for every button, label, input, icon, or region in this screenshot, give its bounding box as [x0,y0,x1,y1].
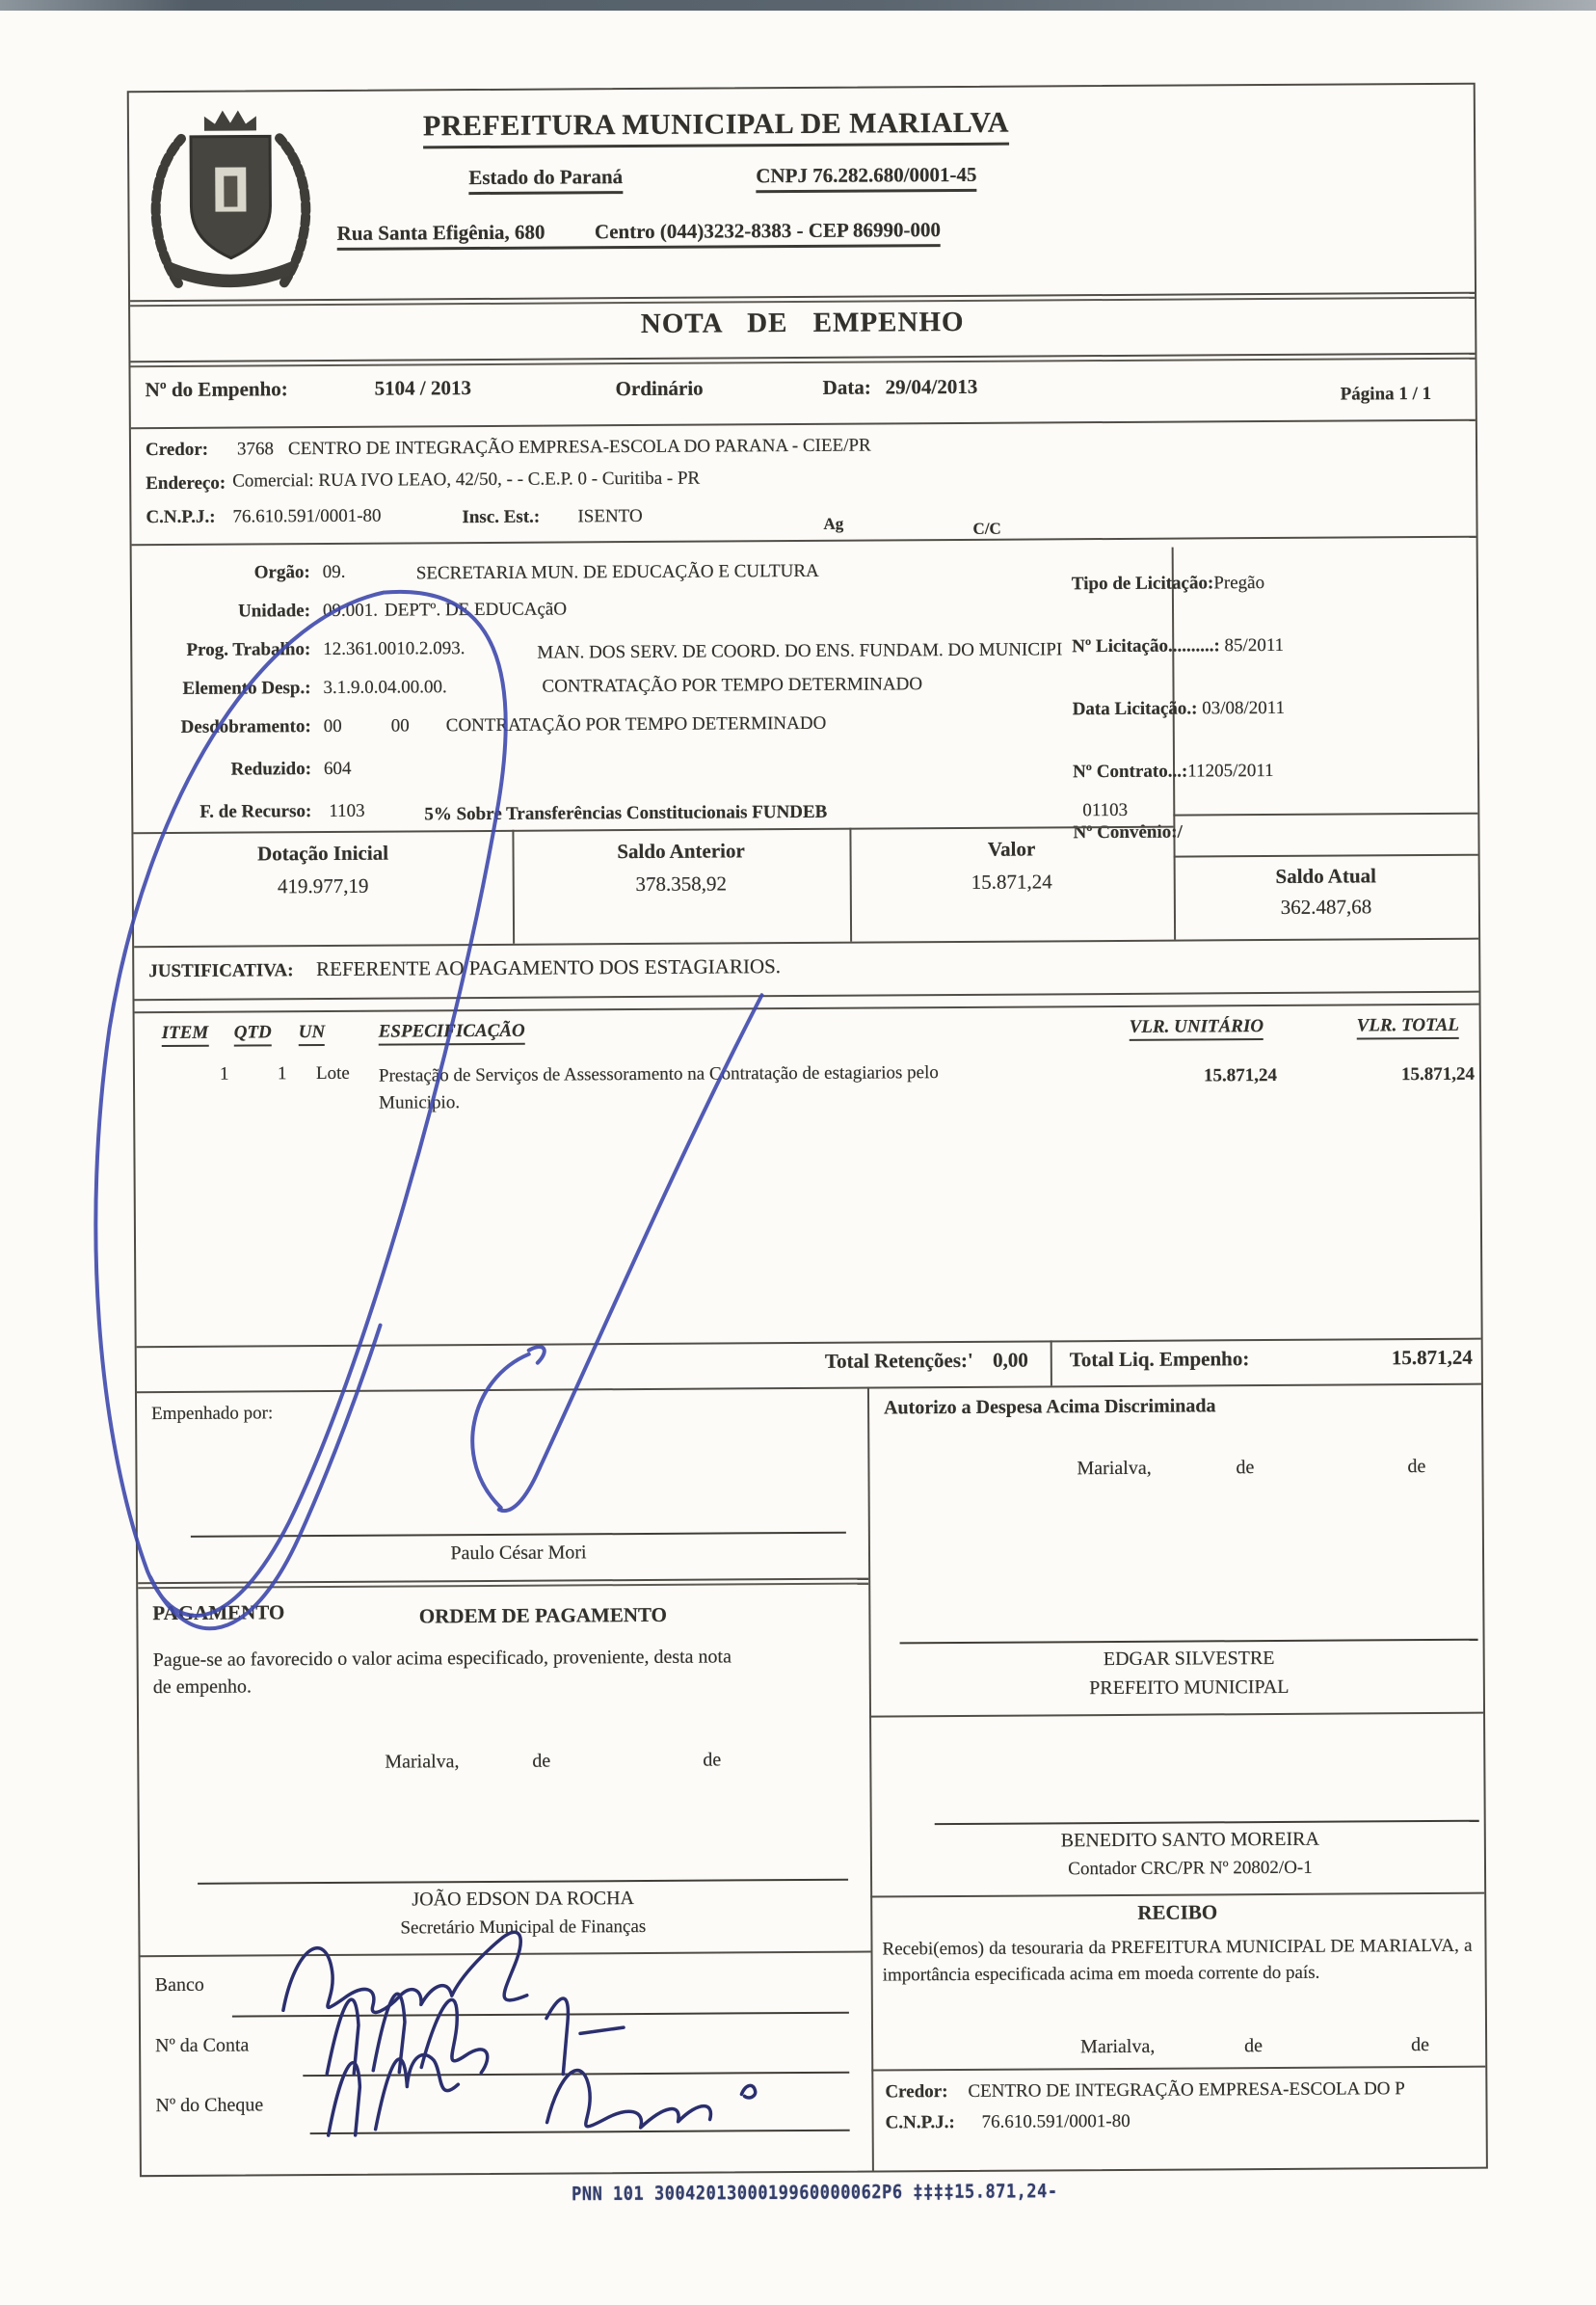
pagamento-text: Pague-se ao favorecido o valor acima esp… [153,1643,751,1701]
col-header-un: UN [299,1022,326,1046]
item-num: 1 [220,1064,229,1085]
prog-trabalho-desc: MAN. DOS SERV. DE COORD. DO ENS. FUNDAM.… [537,639,1062,663]
reduzido-label: Reduzido: [133,759,311,781]
saldo-atual-label: Saldo Atual [1174,864,1478,890]
address-district: Centro (044)3232-8383 - CEP 86990-000 [595,218,941,243]
divider [137,1338,1481,1349]
empenho-number: 5104 / 2013 [375,376,471,401]
endereco-label: Endereço: [146,473,226,496]
divider [135,1004,1479,1014]
signature-line [935,1820,1479,1825]
cnpj-label: C.N.P.J.: [146,507,215,528]
total-retencoes-value: 0,00 [932,1349,1028,1374]
data-licitacao-label: Data Licitação.: [1073,698,1198,719]
empenho-label: Nº do Empenho: [146,377,288,402]
insc-value: ISENTO [577,506,642,527]
recibo-cnpj-label: C.N.P.J.: [886,2112,955,2133]
unidade-code: 09.001. [323,601,378,622]
header-cnpj: CNPJ 76.282.680/0001-45 [756,163,976,193]
signature-line [198,1879,848,1885]
num-contrato-value: 11205/2011 [1187,761,1274,782]
valor-value: 15.871,24 [850,870,1174,896]
ordem-pagamento-title: ORDEM DE PAGAMENTO [379,1603,706,1629]
justificativa-row: JUSTIFICATIVA: REFERENTE AO PAGAMENTO DO… [148,954,781,982]
recibo-credor-label: Credor: [885,2081,947,2103]
address-line: Rua Santa Efigênia, 680 Centro (044)3232… [337,218,941,251]
contador-name: BENEDITO SANTO MOREIRA [901,1828,1479,1854]
total-retencoes-label: Total Retenções:' [684,1349,973,1375]
col-header-vlr-unitario: VLR. UNITÁRIO [1130,1016,1264,1041]
saldo-atual-value: 362.487,68 [1174,895,1478,921]
tipo-licitacao-label: Tipo de Licitação: [1072,573,1214,594]
num-licitacao-value: 85/2011 [1224,635,1284,656]
divider [137,1383,1481,1394]
num-contrato-label: Nº Contrato...: [1073,762,1187,783]
total-liq-value: 15.871,24 [1328,1346,1473,1371]
prog-trabalho-label: Prog. Trabalho: [132,639,310,661]
conta-fill-line [303,2072,849,2077]
banco-label: Banco [155,1974,204,1997]
cheque-label: Nº do Cheque [155,2094,263,2117]
recibo-credor-value: CENTRO DE INTEGRAÇÃO EMPRESA-ESCOLA DO P [968,2078,1405,2103]
recibo-title: RECIBO [870,1899,1484,1927]
autorizo-date-de2: de [1407,1456,1425,1478]
reduzido-code: 604 [324,759,352,780]
item-qtd: 1 [278,1063,287,1085]
prefeito-name: EDGAR SILVESTRE [900,1647,1478,1673]
justificativa-text: REFERENTE AO PAGAMENTO DOS ESTAGIARIOS. [316,954,781,980]
prefeito-role: PREFEITO MUNICIPAL [900,1675,1478,1702]
col-header-especificacao: ESPECIFICAÇÃO [379,1021,525,1046]
col-header-vlr-total: VLR. TOTAL [1357,1015,1459,1040]
document-sheet: PREFEITURA MUNICIPAL DE MARIALVA Estado … [0,0,1596,2305]
conta-label: Nº da Conta [155,2035,249,2058]
divider [133,826,1173,835]
tipo-licitacao-value: Pregão [1213,573,1264,593]
insc-label: Insc. Est.: [462,507,540,528]
divider [132,536,1476,547]
recibo-date-de1: de [1244,2035,1263,2057]
divider [869,1712,1483,1718]
fonte-recurso-code: 1103 [329,801,364,822]
unidade-desc: DEPTº. DE EDUCAçãO [385,599,567,621]
data-licitacao-value: 03/08/2011 [1202,698,1285,719]
divider [131,419,1476,430]
total-liq-label: Total Liq. Empenho: [1070,1347,1250,1372]
elemento-label: Elemento Desp.: [132,678,310,700]
num-licitacao: Nº Licitação..........: 85/2011 [1072,635,1284,657]
recibo-date-place: Marialva, [1080,2036,1155,2058]
scanned-page: PREFEITURA MUNICIPAL DE MARIALVA Estado … [0,0,1596,2305]
empenho-type: Ordinário [616,377,704,402]
cheque-fill-line [310,2130,850,2134]
credor-code: 3768 [237,439,274,460]
org-name: PREFEITURA MUNICIPAL DE MARIALVA [423,107,1009,149]
empenho-date-label: Data: [823,376,871,400]
contador-role: Contador CRC/PR Nº 20802/O-1 [901,1857,1479,1882]
cnpj-value: 76.610.591/0001-80 [232,506,381,528]
document-frame: PREFEITURA MUNICIPAL DE MARIALVA Estado … [127,83,1488,2178]
orgao-code: 09. [323,562,346,583]
item-vlr-total: 15.871,24 [1330,1064,1475,1086]
desdobramento-code2: 00 [391,715,410,737]
data-licitacao: Data Licitação.: 03/08/2011 [1073,698,1286,720]
divider [867,1387,874,2171]
saldo-anterior-value: 378.358,92 [513,871,850,898]
divider [134,938,1478,949]
elemento-code: 3.1.9.0.04.00.00. [323,677,446,699]
divider [141,1951,871,1958]
endereco-value: Comercial: RUA IVO LEAO, 42/50, - - C.E.… [232,469,700,493]
empenhado-por-label: Empenhado por: [151,1403,273,1425]
fonte-recurso-desc: 5% Sobre Transferências Constitucionais … [424,802,827,826]
divider [130,353,1475,368]
secretario-role: Secretário Municipal de Finanças [198,1916,848,1941]
pagamento-date-de1: de [532,1751,550,1773]
recibo-date-de2: de [1411,2034,1429,2056]
signature-line [191,1532,846,1538]
divider [1174,854,1478,858]
num-contrato: Nº Contrato...:11205/2011 [1073,761,1274,783]
fonte-recurso-extra: 01103 [1082,800,1128,821]
cc-label: C/C [972,520,1000,539]
tipo-licitacao: Tipo de Licitação:Pregão [1072,573,1264,595]
doc-title: NOTA DE EMPENHO [130,304,1475,344]
page-indicator: Página 1 / 1 [1341,384,1432,406]
banco-fill-line [232,2012,849,2018]
desdobramento-label: Desdobramento: [133,716,311,738]
autorizo-date-place: Marialva, [1077,1458,1151,1480]
secretario-name: JOÃO EDSON DA ROCHA [198,1887,848,1913]
col-header-qtd: QTD [234,1022,272,1046]
credor-name: CENTRO DE INTEGRAÇÃO EMPRESA-ESCOLA DO P… [288,436,871,461]
divider [134,991,1478,1002]
orgao-label: Orgão: [132,562,310,584]
empenho-date: 29/04/2013 [886,375,978,400]
empenhado-signer-name: Paulo César Mori [191,1541,846,1567]
divider [1173,813,1477,817]
dotacao-inicial-value: 419.977,19 [134,873,513,899]
orgao-desc: SECRETARIA MUN. DE EDUCAÇÃO E CULTURA [416,561,819,585]
divider [138,1578,868,1590]
desdobramento-code: 00 [324,716,342,737]
item-un: Lote [316,1063,350,1085]
unidade-label: Unidade: [132,601,310,623]
num-licitacao-label: Nº Licitação..........: [1072,635,1220,657]
autorizo-text: Autorizo a Despesa Acima Discriminada [884,1395,1216,1419]
prog-trabalho-code: 12.361.0010.2.093. [323,638,465,660]
autorizo-date-de1: de [1236,1457,1254,1479]
recibo-cnpj-value: 76.610.591/0001-80 [982,2111,1130,2133]
credor-label: Credor: [146,440,208,461]
pagamento-date-place: Marialva, [385,1751,459,1773]
municipal-crest-logo [139,99,323,298]
fonte-recurso-label: F. de Recurso: [133,801,311,823]
desdobramento-desc: CONTRATAÇÃO POR TEMPO DETERMINADO [446,713,827,737]
dotacao-inicial-label: Dotação Inicial [133,841,512,867]
pagamento-title: PAGAMENTO [152,1600,284,1625]
pagamento-date-de2: de [703,1750,721,1772]
saldo-anterior-label: Saldo Anterior [512,839,849,865]
justificativa-label: JUSTIFICATIVA: [148,960,293,981]
address-street: Rua Santa Efigênia, 680 [337,221,545,245]
recibo-text: Recebi(emos) da tesouraria da PREFEITURA… [882,1934,1472,1989]
ag-label: Ag [823,515,843,534]
dot-matrix-print: PNN 101 3004201300019960000062P6 ‡‡‡‡15.… [572,2181,1058,2206]
item-vlr-unitario: 15.871,24 [1132,1065,1277,1087]
divider [871,2066,1485,2072]
valor-label: Valor [849,837,1173,863]
elemento-desc: CONTRATAÇÃO POR TEMPO DETERMINADO [542,674,922,697]
divider [870,1892,1484,1898]
table-row: 1 1 Lote Prestação de Serviços de Assess… [129,85,1474,94]
item-espec: Prestação de Serviços de Assessoramento … [379,1059,1010,1116]
col-header-item: ITEM [162,1023,209,1047]
estado-line: Estado do Paraná [468,165,623,195]
divider [1051,1340,1052,1385]
signature-line [900,1639,1478,1645]
